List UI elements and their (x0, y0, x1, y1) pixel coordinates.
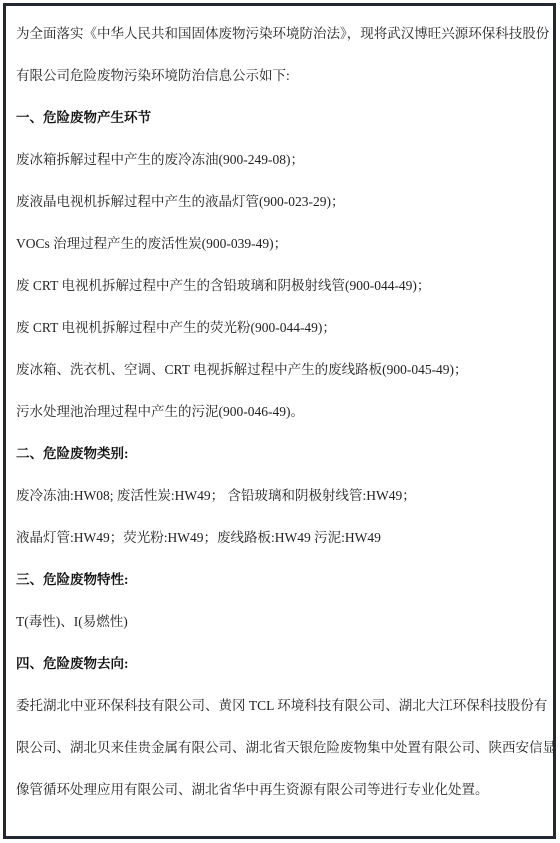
properties-line: T(毒性)、I(易燃性) (16, 613, 128, 631)
generation-item: VOCs 治理过程产生的废活性炭(900-039-49)； (16, 235, 287, 253)
category-line: 液晶灯管:HW49；荧光粉:HW49；废线路板:HW49 污泥:HW49 (16, 529, 381, 547)
section-heading-destination: 四、危险废物去向: (16, 655, 129, 673)
intro-line-1: 为全面落实《中华人民共和国固体废物污染环境防治法》，现将武汉博旺兴源环保科技股份 (16, 25, 549, 43)
generation-item: 废 CRT 电视机拆解过程中产生的含铅玻璃和阴极射线管(900-044-49)； (16, 277, 430, 295)
destination-line: 限公司、湖北贝来佳贵金属有限公司、湖北省天银危险废物集中处置有限公司、陕西安信显 (16, 739, 556, 757)
destination-line: 委托湖北中亚环保科技有限公司、黄冈 TCL 环境科技有限公司、湖北大江环保科技股… (16, 697, 547, 715)
generation-item: 废 CRT 电视机拆解过程中产生的荧光粉(900-044-49)； (16, 319, 336, 337)
section-heading-properties: 三、危险废物特性: (16, 571, 129, 589)
category-line: 废冷冻油:HW08; 废活性炭:HW49； 含铅玻璃和阴极射线管:HW49； (16, 487, 416, 505)
document-frame: 为全面落实《中华人民共和国固体废物污染环境防治法》，现将武汉博旺兴源环保科技股份… (3, 3, 556, 839)
generation-item: 废液晶电视机拆解过程中产生的液晶灯管(900-023-29)； (16, 193, 344, 211)
generation-item: 废冰箱、洗衣机、空调、CRT 电视拆解过程中产生的废线路板(900-045-49… (16, 361, 468, 379)
destination-line: 像管循环处理应用有限公司、湖北省华中再生资源有限公司等进行专业化处置。 (16, 781, 489, 799)
section-heading-generation: 一、危险废物产生环节 (16, 109, 151, 127)
section-heading-category: 二、危险废物类别: (16, 445, 129, 463)
generation-item: 污水处理池治理过程中产生的污泥(900-046-49)。 (16, 403, 304, 421)
generation-item: 废冰箱拆解过程中产生的废冷冻油(900-249-08)； (16, 151, 304, 169)
intro-line-2: 有限公司危险废物污染环境防治信息公示如下: (16, 67, 290, 85)
